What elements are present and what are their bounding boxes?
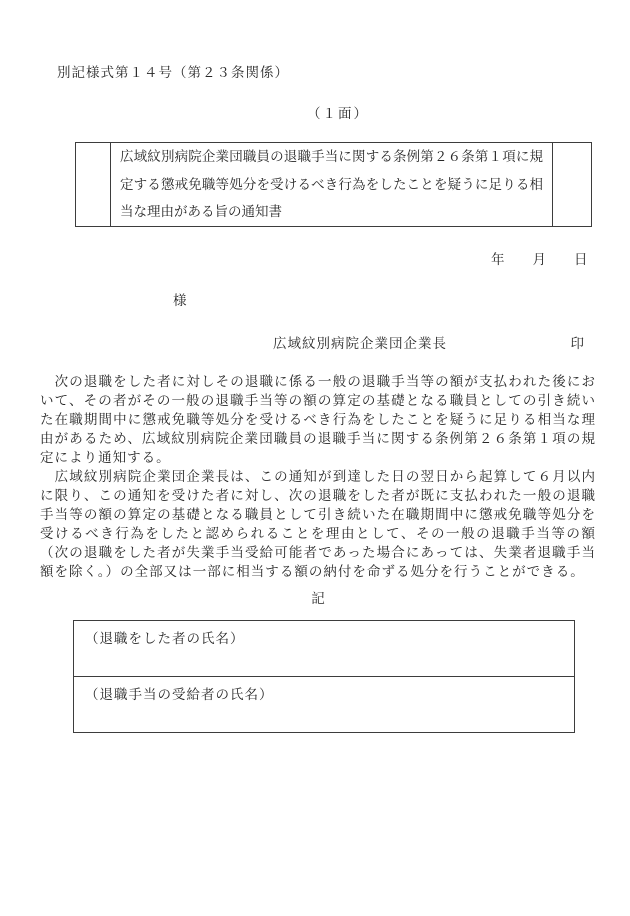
notice-title: 広域紋別病院企業団職員の退職手当に関する条例第２６条第１項に規定する懲戒免職等処…: [111, 143, 552, 226]
day-label: 日: [574, 248, 588, 268]
page-marker: （１面）: [307, 102, 369, 122]
form-number: 別記様式第１４号（第２３条関係）: [57, 61, 289, 81]
year-label: 年: [491, 248, 505, 268]
title-box-left-cell: [76, 143, 111, 226]
month-label: 月: [533, 248, 547, 268]
name-field-row-recipient: （退職手当の受給者の氏名）: [74, 677, 574, 732]
name-fields-table: （退職をした者の氏名） （退職手当の受給者の氏名）: [73, 620, 575, 733]
name-field-label-retiree: （退職をした者の氏名）: [85, 631, 245, 646]
seal-mark: 印: [571, 332, 585, 352]
notice-title-box: 広域紋別病院企業団職員の退職手当に関する条例第２６条第１項に規定する懲戒免職等処…: [75, 142, 592, 227]
body-paragraph-1: 次の退職をした者に対しその退職に係る一般の退職手当等の額が支払われた後において、…: [40, 372, 596, 467]
name-field-row-retiree: （退職をした者の氏名）: [74, 621, 574, 677]
sender-line: 広域紋別病院企業団企業長 印: [273, 332, 584, 352]
date-line: 年 月 日: [491, 248, 588, 268]
sender-title: 広域紋別病院企業団企業長: [273, 332, 447, 352]
body-paragraph-2: 広域紋別病院企業団企業長は、この通知が到達した日の翌日から起算して６月以内に限り…: [40, 467, 596, 581]
title-box-right-cell: [552, 143, 591, 226]
body-text: 次の退職をした者に対しその退職に係る一般の退職手当等の額が支払われた後において、…: [40, 372, 596, 581]
addressee-honorific: 様: [173, 293, 187, 308]
list-marker: 記: [40, 587, 596, 607]
addressee-line: 様: [173, 289, 187, 309]
name-field-label-recipient: （退職手当の受給者の氏名）: [85, 687, 274, 702]
